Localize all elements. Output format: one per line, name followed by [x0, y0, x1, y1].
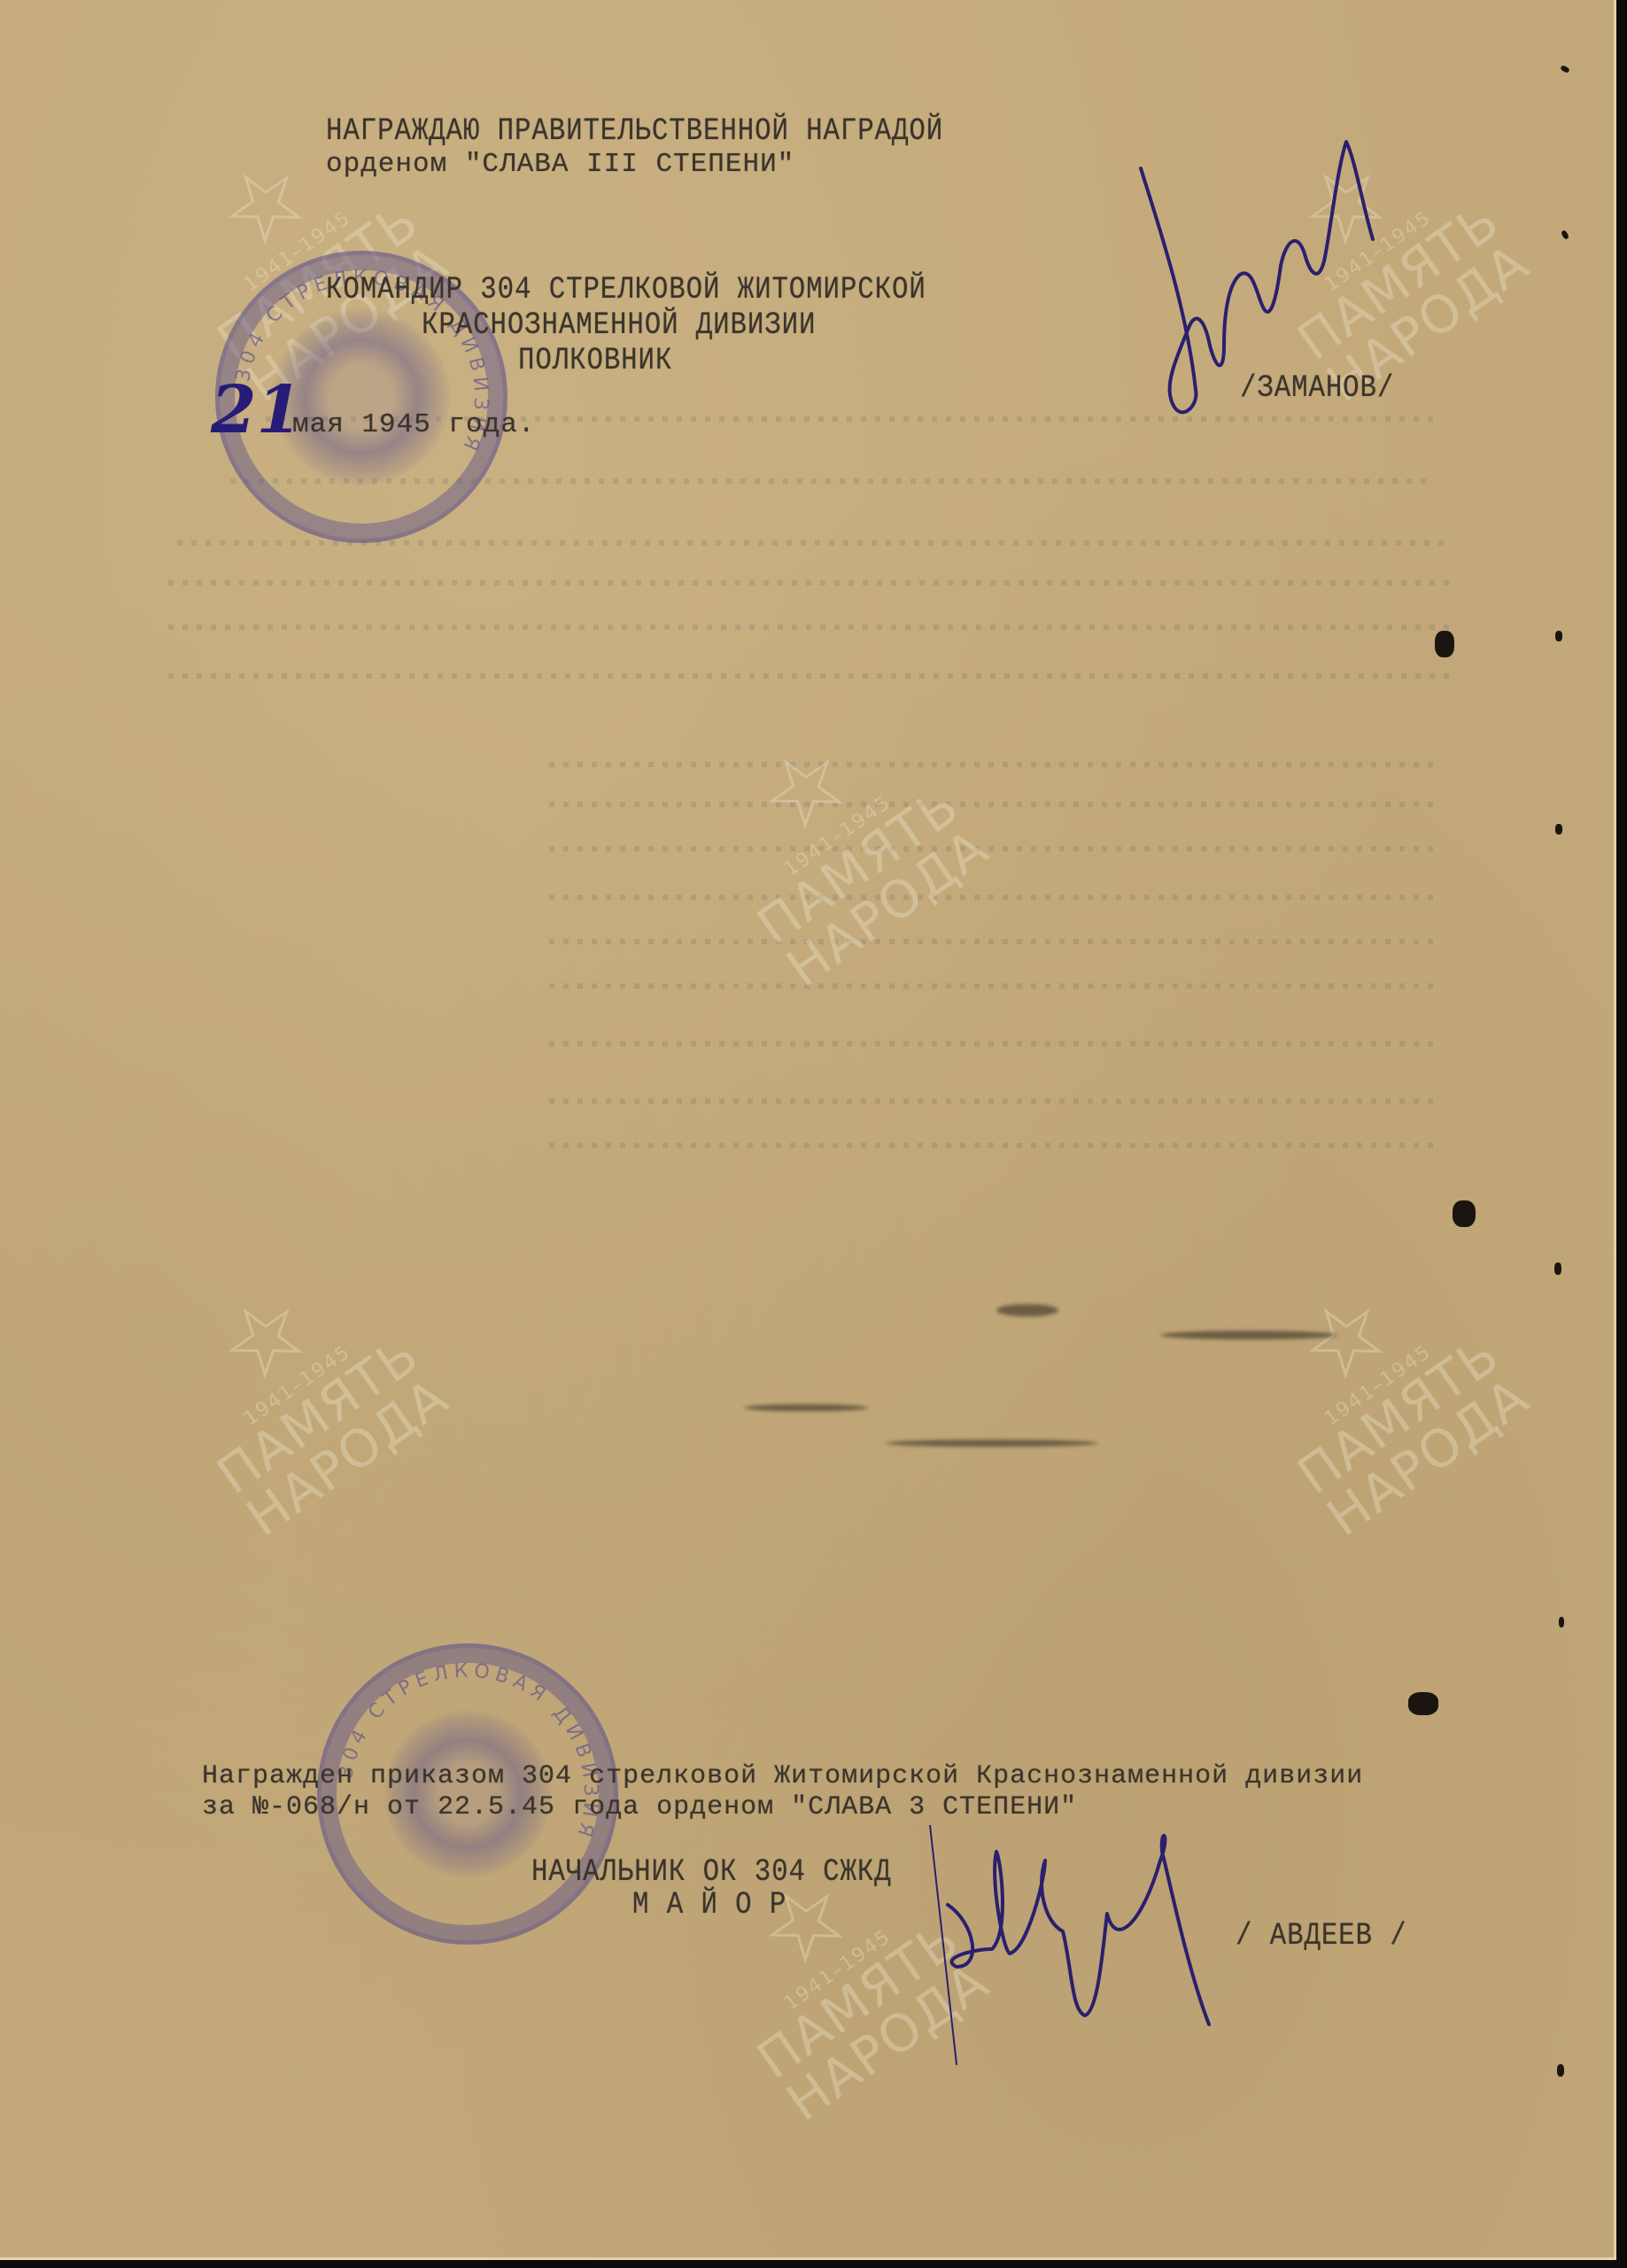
signer-rank: ПОЛКОВНИК — [518, 343, 672, 378]
watermark: ☆ 1941–1945 ПАМЯТЬ НАРОДА — [1222, 1231, 1538, 1544]
bleed-through-line — [549, 846, 1435, 851]
bleed-through-line — [549, 1143, 1435, 1148]
signer-title-line2: КРАСНОЗНАМЕННОЙ ДИВИЗИИ — [422, 307, 816, 343]
handwritten-day: 21 — [211, 372, 302, 448]
binding-hole — [1554, 1262, 1561, 1275]
confirmation-signer-name: / АВДЕЕВ / — [1236, 1918, 1407, 1953]
award-confirmation-line1: Награжден приказом 304 стрелковой Житоми… — [202, 1761, 1363, 1791]
binding-hole — [1555, 631, 1562, 641]
binding-hole — [1559, 1617, 1564, 1627]
binding-hole — [1453, 1200, 1476, 1227]
signature-avdeev — [921, 1825, 1240, 2082]
award-resolution-line2: орденом "СЛАВА III СТЕПЕНИ" — [326, 149, 794, 180]
bleed-through-line — [549, 983, 1435, 989]
bleed-through-line — [549, 762, 1435, 767]
binding-hole — [1560, 65, 1570, 74]
bleed-through-line — [168, 673, 1453, 679]
binding-hole — [1561, 229, 1569, 240]
document-page: ☆ 1941–1945 ПАМЯТЬ НАРОДА ☆ 1941–1945 ПА… — [0, 0, 1616, 2260]
award-confirmation-line2: за №-068/н от 22.5.45 года орденом "СЛАВ… — [202, 1792, 1077, 1822]
binding-hole — [1408, 1692, 1438, 1715]
binding-hole — [1557, 2064, 1564, 2077]
bleed-through-line — [549, 802, 1435, 807]
resolution-date: мая 1945 года. — [292, 409, 535, 440]
signer-name-zamanov: /ЗАМАНОВ/ — [1240, 370, 1394, 406]
ink-smudge — [744, 1404, 868, 1411]
watermark: ☆ 1941–1945 ПАМЯТЬ НАРОДА — [142, 1231, 457, 1544]
bleed-through-line — [168, 580, 1453, 586]
bleed-through-line — [549, 1041, 1435, 1046]
signer-title-line1: КОМАНДИР 304 СТРЕЛКОВОЙ ЖИТОМИРСКОЙ — [326, 272, 926, 307]
bleed-through-line — [168, 625, 1453, 630]
confirmation-signer-rank: М А Й О Р — [632, 1887, 786, 1922]
ink-smudge — [886, 1440, 1098, 1447]
bleed-through-line — [549, 939, 1435, 944]
bleed-through-line — [549, 1099, 1435, 1104]
award-resolution-line1: НАГРАЖДАЮ ПРАВИТЕЛЬСТВЕННОЙ НАГРАДОЙ — [326, 113, 943, 149]
watermark: ☆ 1941–1945 ПАМЯТЬ НАРОДА — [682, 682, 997, 995]
binding-hole — [1555, 824, 1562, 835]
confirmation-signer-title: НАЧАЛЬНИК ОК 304 СЖКД — [531, 1854, 892, 1890]
binding-hole — [1435, 631, 1454, 657]
ink-smudge — [996, 1304, 1058, 1317]
bleed-through-line — [549, 895, 1435, 900]
ink-smudge — [1160, 1331, 1337, 1340]
